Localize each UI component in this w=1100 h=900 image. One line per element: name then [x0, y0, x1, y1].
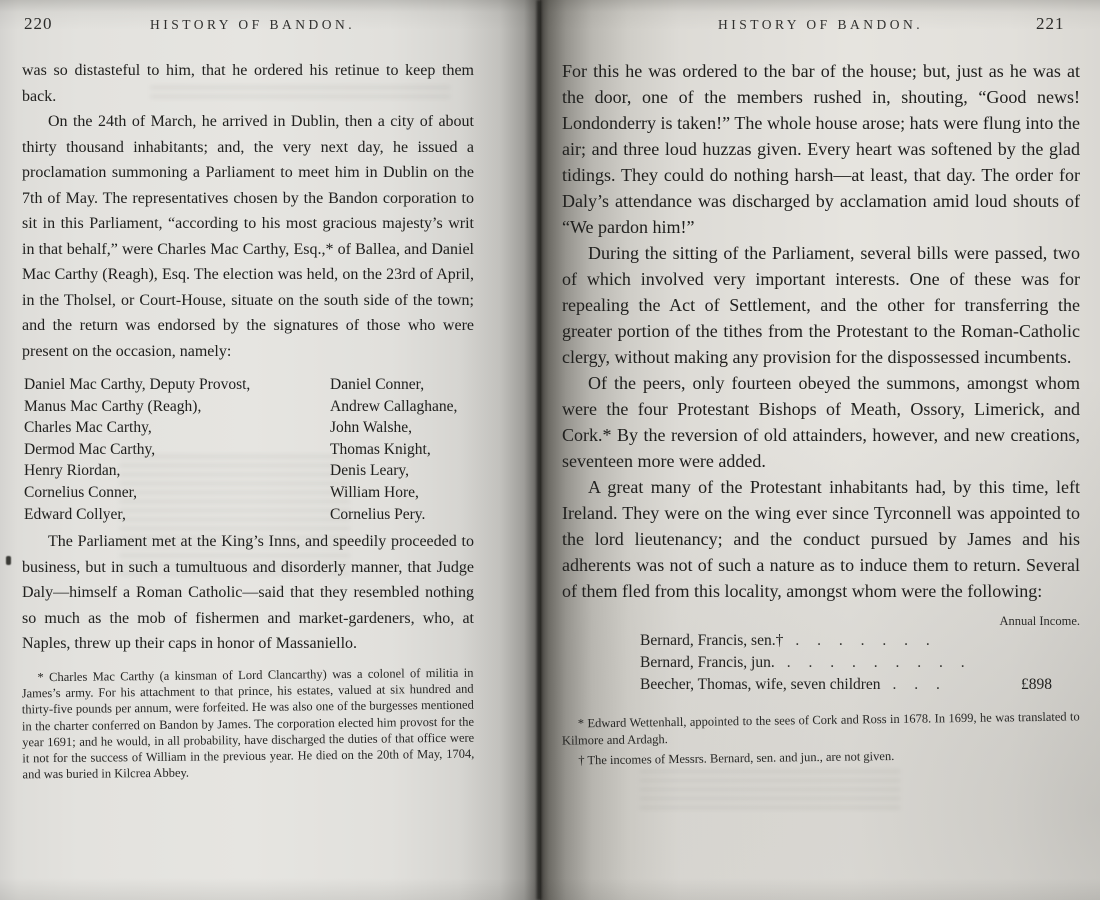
- dot-leader: . . .: [881, 674, 1015, 696]
- paragraph-continuation: was so distasteful to him, that he order…: [22, 58, 474, 109]
- paragraph-parliament: The Parliament met at the King’s Inns, a…: [22, 529, 474, 657]
- income-row: Beecher, Thomas, wife, seven children . …: [562, 674, 1080, 696]
- paragraph-bills: During the sitting of the Parliament, se…: [562, 240, 1080, 370]
- electors-column-right: Daniel Conner, Andrew Callaghane, John W…: [330, 374, 474, 525]
- book-scan: 220 HISTORY OF BANDON. was so distastefu…: [0, 0, 1100, 900]
- elector-name: Henry Riordan,: [24, 460, 330, 482]
- left-page-number: 220: [24, 14, 53, 34]
- left-page-footnote: * Charles Mac Carthy (a kinsman of Lord …: [21, 664, 474, 782]
- income-row: Bernard, Francis, sen.† . . . . . . .: [562, 630, 1080, 652]
- dot-leader: . . . . . . . . .: [775, 652, 1046, 674]
- income-table: Annual Income. Bernard, Francis, sen.† .…: [562, 612, 1080, 696]
- income-amount: [1046, 652, 1052, 674]
- elector-name: Denis Leary,: [330, 460, 474, 482]
- left-page-body: was so distasteful to him, that he order…: [22, 58, 474, 780]
- income-name: Bernard, Francis, jun.: [640, 652, 775, 674]
- paragraph-election: On the 24th of March, he arrived in Dubl…: [22, 109, 474, 364]
- income-name: Bernard, Francis, sen.†: [640, 630, 783, 652]
- right-running-title: HISTORY OF BANDON.: [718, 17, 923, 33]
- right-page-body: For this he was ordered to the bar of th…: [562, 58, 1080, 769]
- income-amount: [1046, 630, 1052, 652]
- elector-name: Andrew Callaghane,: [330, 396, 474, 418]
- paragraph-peers: Of the peers, only fourteen obeyed the s…: [562, 370, 1080, 474]
- left-running-title: HISTORY OF BANDON.: [150, 17, 355, 33]
- elector-name: Daniel Mac Carthy, Deputy Provost,: [24, 374, 330, 396]
- elector-name: Manus Mac Carthy (Reagh),: [24, 396, 330, 418]
- income-name: Beecher, Thomas, wife, seven children: [640, 674, 881, 696]
- electors-list: Daniel Mac Carthy, Deputy Provost, Manus…: [24, 374, 474, 525]
- elector-name: William Hore,: [330, 482, 474, 504]
- paragraph-emigrants: A great many of the Protestant inhabitan…: [562, 474, 1080, 604]
- elector-name: Cornelius Pery.: [330, 504, 474, 526]
- footnote-wettenhall: * Edward Wettenhall, appointed to the se…: [562, 708, 1080, 749]
- elector-name: Thomas Knight,: [330, 439, 474, 461]
- income-amount: £898: [1015, 674, 1052, 696]
- dot-leader: . . . . . . .: [783, 630, 1046, 652]
- elector-name: Edward Collyer,: [24, 504, 330, 526]
- income-row: Bernard, Francis, jun. . . . . . . . . .: [562, 652, 1080, 674]
- ink-mark: [6, 556, 11, 565]
- right-page-number: 221: [1036, 14, 1065, 34]
- elector-name: Dermod Mac Carthy,: [24, 439, 330, 461]
- elector-name: Cornelius Conner,: [24, 482, 330, 504]
- income-table-header: Annual Income.: [562, 612, 1080, 630]
- right-page-footnotes: * Edward Wettenhall, appointed to the se…: [562, 708, 1081, 769]
- elector-name: Charles Mac Carthy,: [24, 417, 330, 439]
- electors-column-left: Daniel Mac Carthy, Deputy Provost, Manus…: [24, 374, 330, 525]
- paragraph-londonderry: For this he was ordered to the bar of th…: [562, 58, 1080, 240]
- elector-name: John Walshe,: [330, 417, 474, 439]
- elector-name: Daniel Conner,: [330, 374, 474, 396]
- footnote-incomes: † The incomes of Messrs. Bernard, sen. a…: [562, 745, 1080, 769]
